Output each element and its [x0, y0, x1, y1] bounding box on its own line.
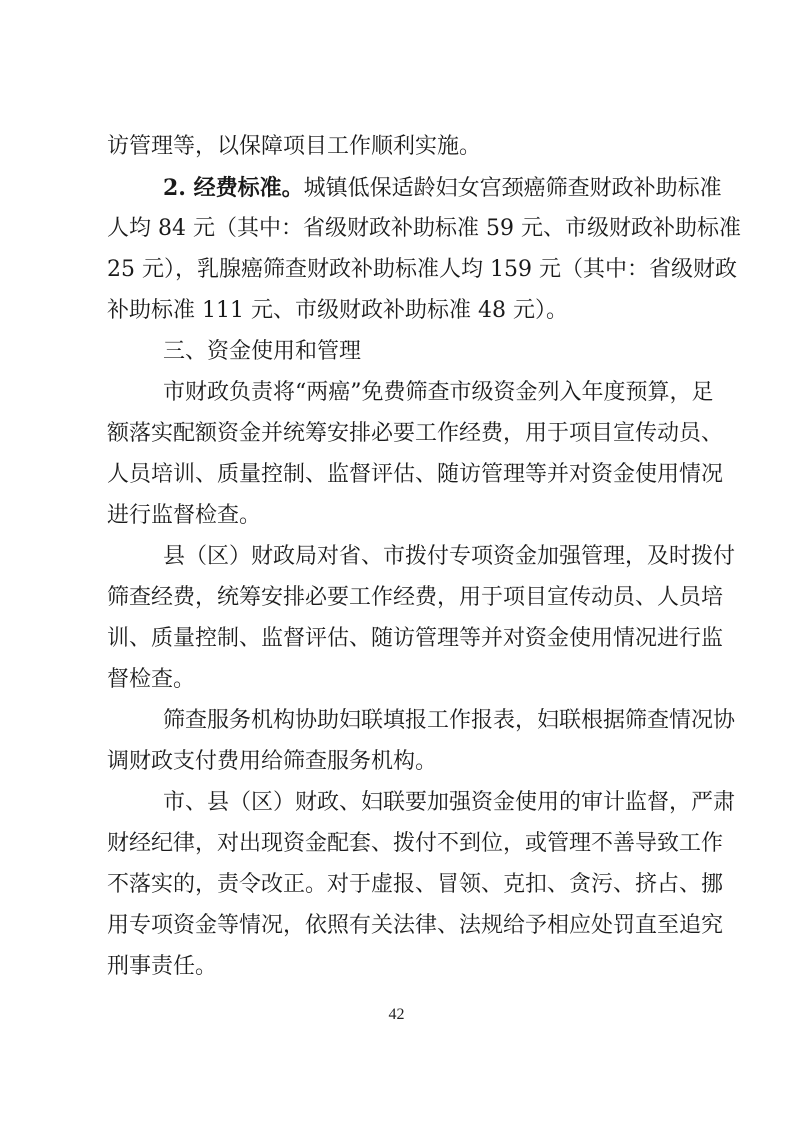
section-label-funding-standard: 2. 经费标准。 [163, 175, 304, 201]
paragraph-line: 人员培训、质量控制、监督评估、随访管理等并对资金使用情况 [107, 461, 691, 489]
paragraph-line: 财经纪律，对出现资金配套、拨付不到位，或管理不善导致工作 [107, 830, 691, 858]
paragraph-line: 额落实配额资金并统筹安排必要工作经费，用于项目宣传动员、 [107, 420, 691, 448]
paragraph-line: 补助标准 111 元、市级财政补助标准 48 元）。 [107, 297, 691, 325]
paragraph-line: 训、质量控制、监督评估、随访管理等并对资金使用情况进行监 [107, 625, 691, 653]
paragraph-line-funding-standard: 2. 经费标准。城镇低保适龄妇女宫颈癌筛查财政补助标准 [163, 174, 691, 202]
paragraph-line: 督检查。 [107, 666, 691, 694]
paragraph-line: 25 元），乳腺癌筛查财政补助标准人均 159 元（其中：省级财政 [107, 256, 691, 284]
paragraph-line: 调财政支付费用给筛查服务机构。 [107, 748, 691, 776]
paragraph-line: 筛查服务机构协助妇联填报工作报表，妇联根据筛查情况协 [163, 707, 691, 735]
paragraph-line: 县（区）财政局对省、市拨付专项资金加强管理，及时拨付 [163, 543, 691, 571]
paragraph-line: 刑事责任。 [107, 953, 691, 981]
paragraph-line: 人均 84 元（其中：省级财政补助标准 59 元、市级财政补助标准 [107, 215, 691, 243]
paragraph-line: 市、县（区）财政、妇联要加强资金使用的审计监督，严肃 [163, 789, 691, 817]
section-heading: 三、资金使用和管理 [163, 338, 691, 366]
page-number: 42 [0, 1006, 793, 1024]
paragraph-line: 用专项资金等情况，依照有关法律、法规给予相应处罚直至追究 [107, 912, 691, 940]
paragraph-text: 城镇低保适龄妇女宫颈癌筛查财政补助标准 [304, 176, 722, 201]
document-page: 访管理等，以保障项目工作顺利实施。 2. 经费标准。城镇低保适龄妇女宫颈癌筛查财… [0, 0, 793, 1122]
paragraph-line: 访管理等，以保障项目工作顺利实施。 [107, 133, 691, 161]
paragraph-line: 筛查经费，统筹安排必要工作经费，用于项目宣传动员、人员培 [107, 584, 691, 612]
paragraph-line: 不落实的，责令改正。对于虚报、冒领、克扣、贪污、挤占、挪 [107, 871, 691, 899]
paragraph-line: 市财政负责将“两癌”免费筛查市级资金列入年度预算，足 [163, 379, 691, 407]
paragraph-line: 进行监督检查。 [107, 502, 691, 530]
